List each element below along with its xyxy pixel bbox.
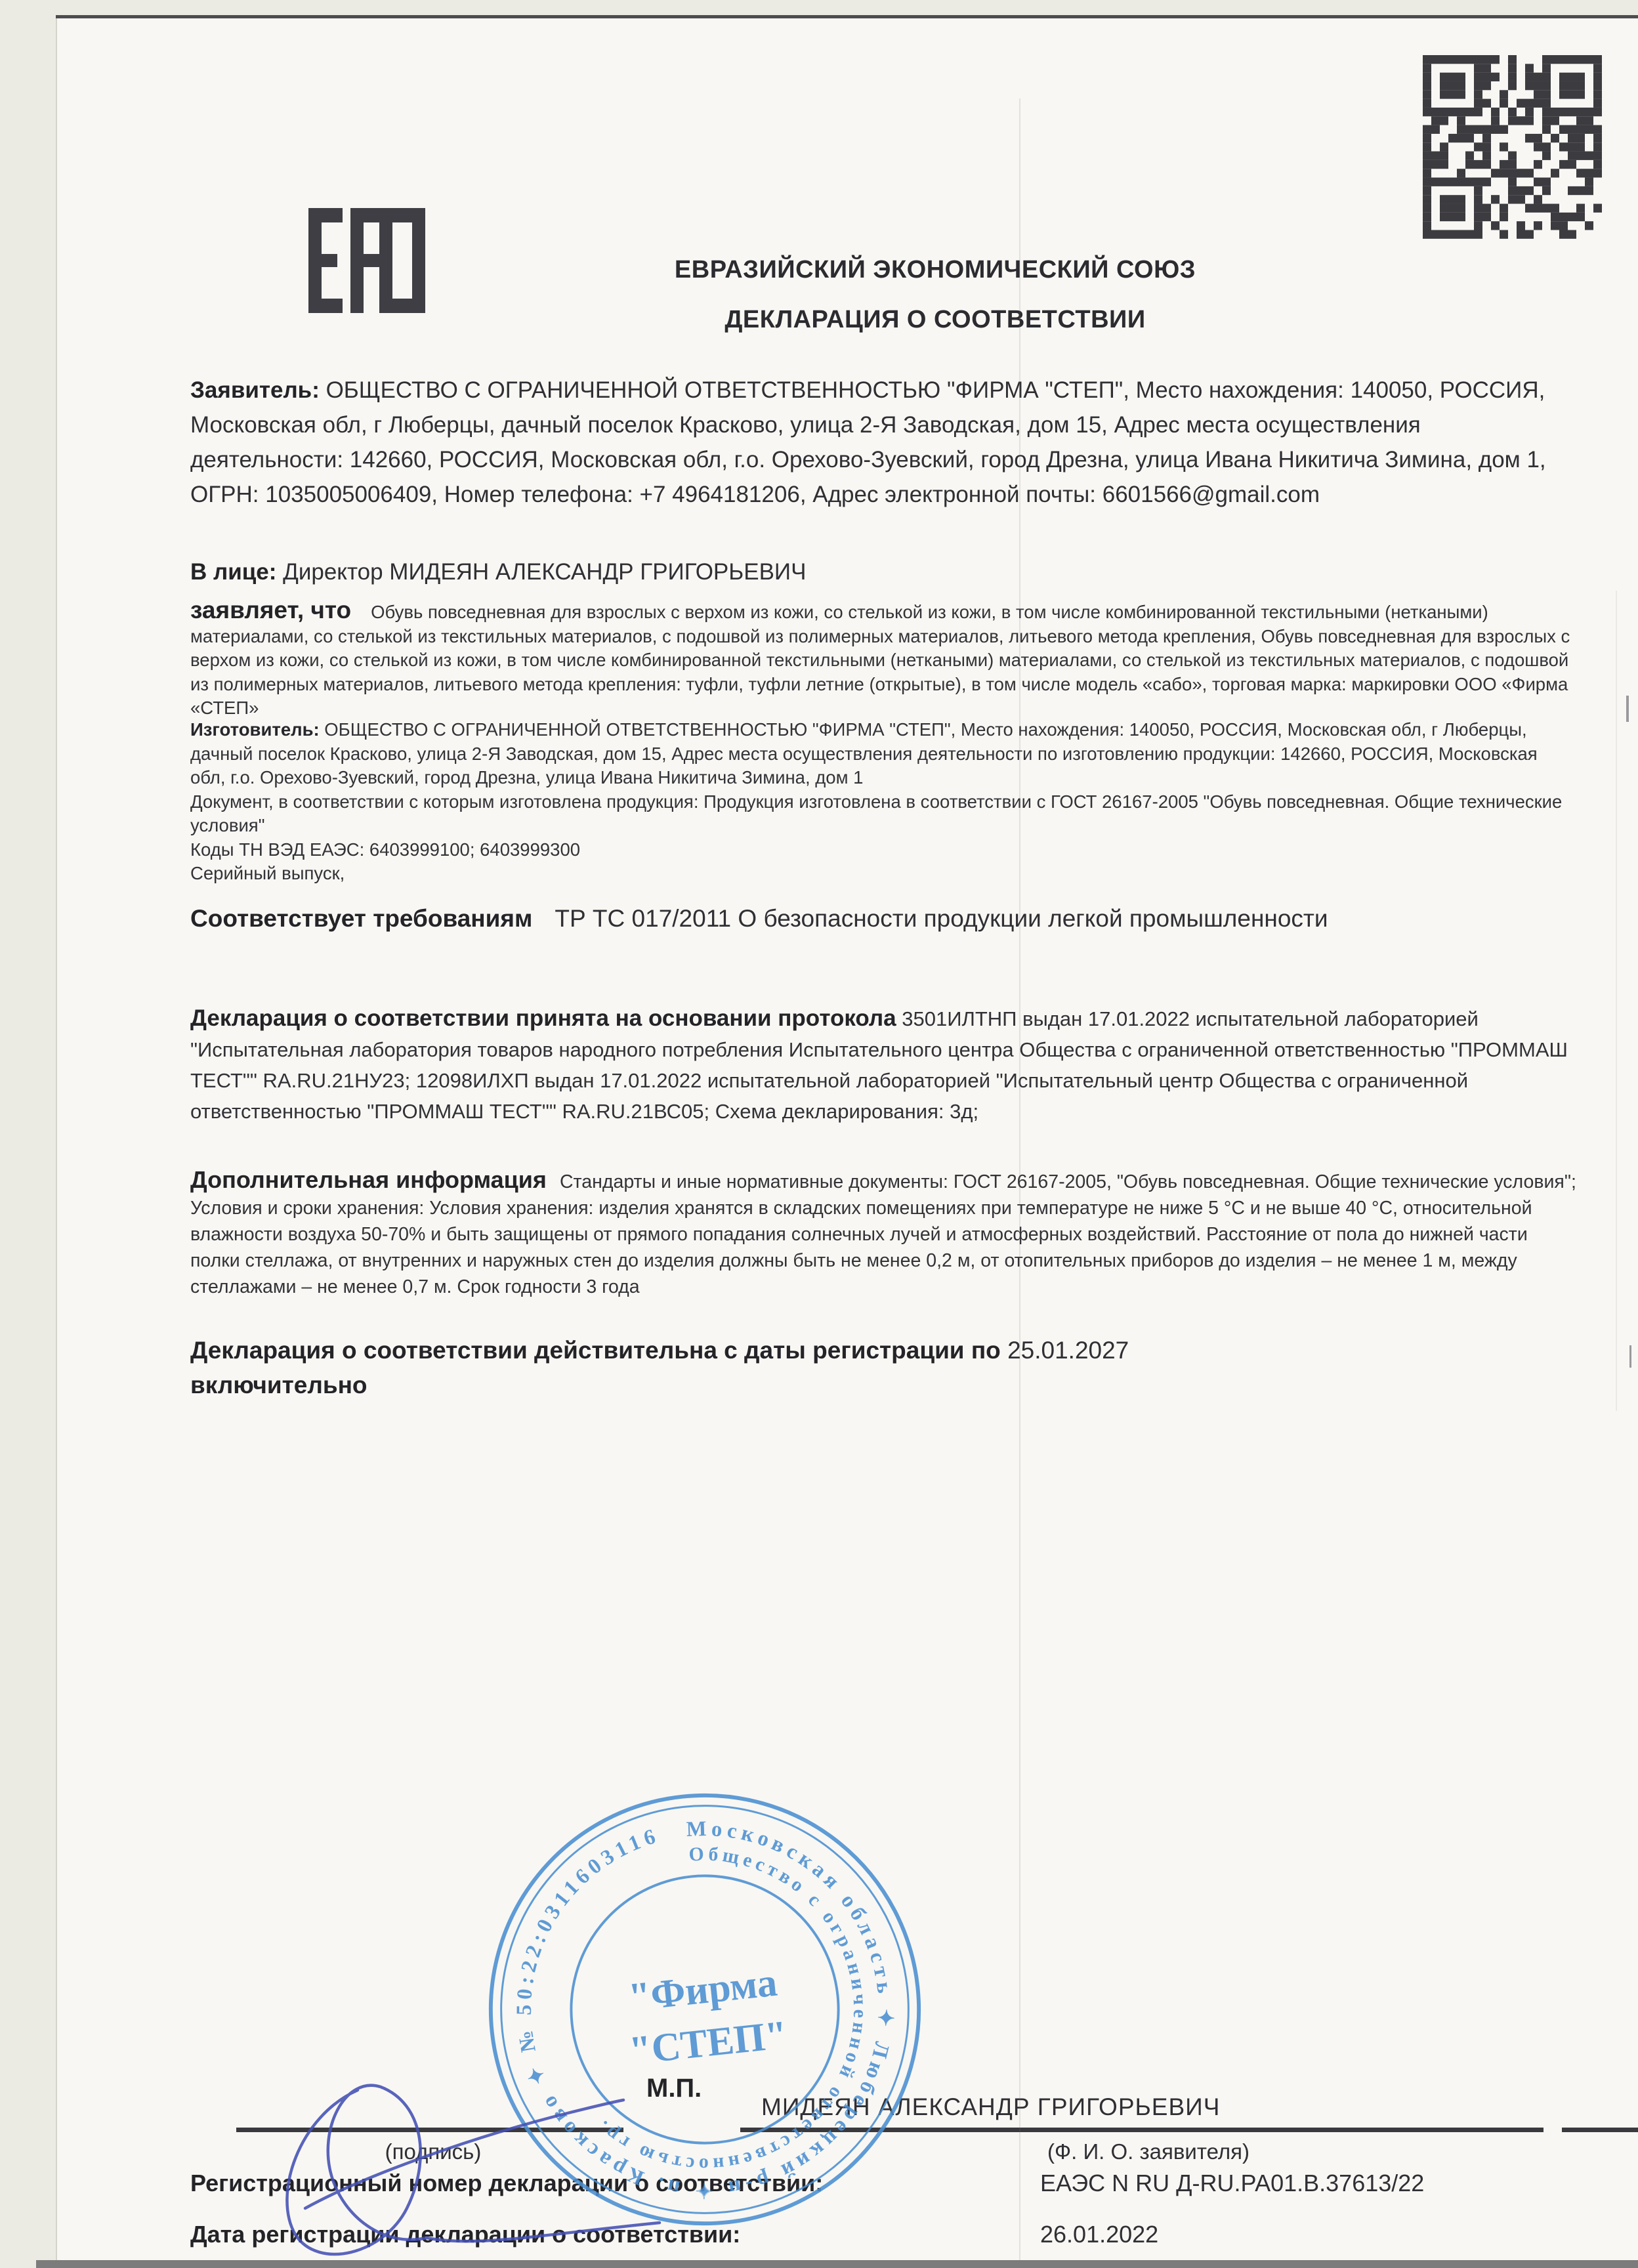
tnved-codes-line: Коды ТН ВЭД ЕАЭС: 6403999100; 6403999300: [190, 838, 1576, 862]
applicant-paragraph: Заявитель: ОБЩЕСТВО С ОГРАНИЧЕННОЙ ОТВЕТ…: [190, 373, 1574, 512]
in-person-line: В лице: Директор МИДЕЯН АЛЕКСАНДР ГРИГОР…: [190, 555, 1574, 589]
manufacturer-label: Изготовитель:: [190, 719, 320, 740]
reg-date-value: 26.01.2022: [1040, 2221, 1158, 2248]
declares-paragraph: заявляет, чтоОбувь повседневная для взро…: [190, 598, 1574, 721]
eac-logo: [308, 208, 425, 313]
declares-label: заявляет, что: [190, 597, 351, 623]
conforms-label: Соответствует требованиям: [190, 905, 532, 932]
manufacturer-block: Изготовитель: ОБЩЕСТВО С ОГРАНИЧЕННОЙ ОТ…: [190, 718, 1576, 886]
handwritten-signature: [259, 2051, 679, 2267]
page-subtitle: ДЕКЛАРАЦИЯ О СООТВЕТСТВИИ: [528, 306, 1342, 334]
product-document-line: Документ, в соответствии с которым изгот…: [190, 790, 1576, 838]
page-fold-line: [1019, 98, 1020, 2260]
validity-line-2: включительно: [190, 1372, 367, 1399]
additional-info-label: Дополнительная информация: [190, 1166, 547, 1193]
basis-label: Декларация о соответствии принята на осн…: [190, 1005, 896, 1031]
additional-info-paragraph: Дополнительная информацияСтандарты и ины…: [190, 1167, 1582, 1300]
in-person-text: Директор МИДЕЯН АЛЕКСАНДР ГРИГОРЬЕВИЧ: [276, 559, 806, 585]
validity-label: Декларация о соответствии действительна …: [190, 1337, 1001, 1364]
qr-code-graphic: [1423, 55, 1602, 240]
page-title: ЕВРАЗИЙСКИЙ ЭКОНОМИЧЕСКИЙ СОЮЗ: [528, 256, 1342, 284]
applicant-text: ОБЩЕСТВО С ОГРАНИЧЕННОЙ ОТВЕТСТВЕННОСТЬЮ…: [190, 377, 1546, 507]
qr-code: [1423, 55, 1602, 240]
in-person-label: В лице:: [190, 559, 276, 585]
eac-logo-graphic: [308, 208, 425, 313]
conforms-paragraph: Соответствует требованиямТР ТС 017/2011 …: [190, 898, 1437, 940]
conforms-text: ТР ТС 017/2011 О безопасности продукции …: [555, 905, 1328, 932]
scan-fold-line-right: [1616, 591, 1617, 1411]
scan-bottom-edge: [36, 2260, 1638, 2268]
stamp-center-line1: "Фирма: [626, 1960, 779, 2020]
name-caption: (Ф. И. О. заявителя): [1024, 2139, 1273, 2164]
scan-artifact: [1626, 696, 1629, 722]
scanned-declaration-page: ЕВРАЗИЙСКИЙ ЭКОНОМИЧЕСКИЙ СОЮЗ ДЕКЛАРАЦИ…: [0, 0, 1638, 2268]
declares-text: Обувь повседневная для взрослых с верхом…: [190, 602, 1570, 718]
applicant-label: Заявитель:: [190, 377, 320, 403]
handwritten-signature-graphic: [259, 2051, 679, 2267]
basis-paragraph: Декларация о соответствии принята на осн…: [190, 1003, 1582, 1127]
validity-line-1: Декларация о соответствии действительна …: [190, 1330, 1582, 1372]
reg-number-value: ЕАЭС N RU Д-RU.РА01.В.37613/22: [1040, 2170, 1424, 2197]
signature-rule-right-edge: [1562, 2128, 1638, 2132]
scan-artifact: [1629, 1345, 1631, 1368]
manufacturer-text: ОБЩЕСТВО С ОГРАНИЧЕННОЙ ОТВЕТСТВЕННОСТЬЮ…: [190, 719, 1538, 787]
manufacturer-paragraph: Изготовитель: ОБЩЕСТВО С ОГРАНИЧЕННОЙ ОТ…: [190, 718, 1576, 790]
serial-issue-line: Серийный выпуск,: [190, 862, 1576, 886]
